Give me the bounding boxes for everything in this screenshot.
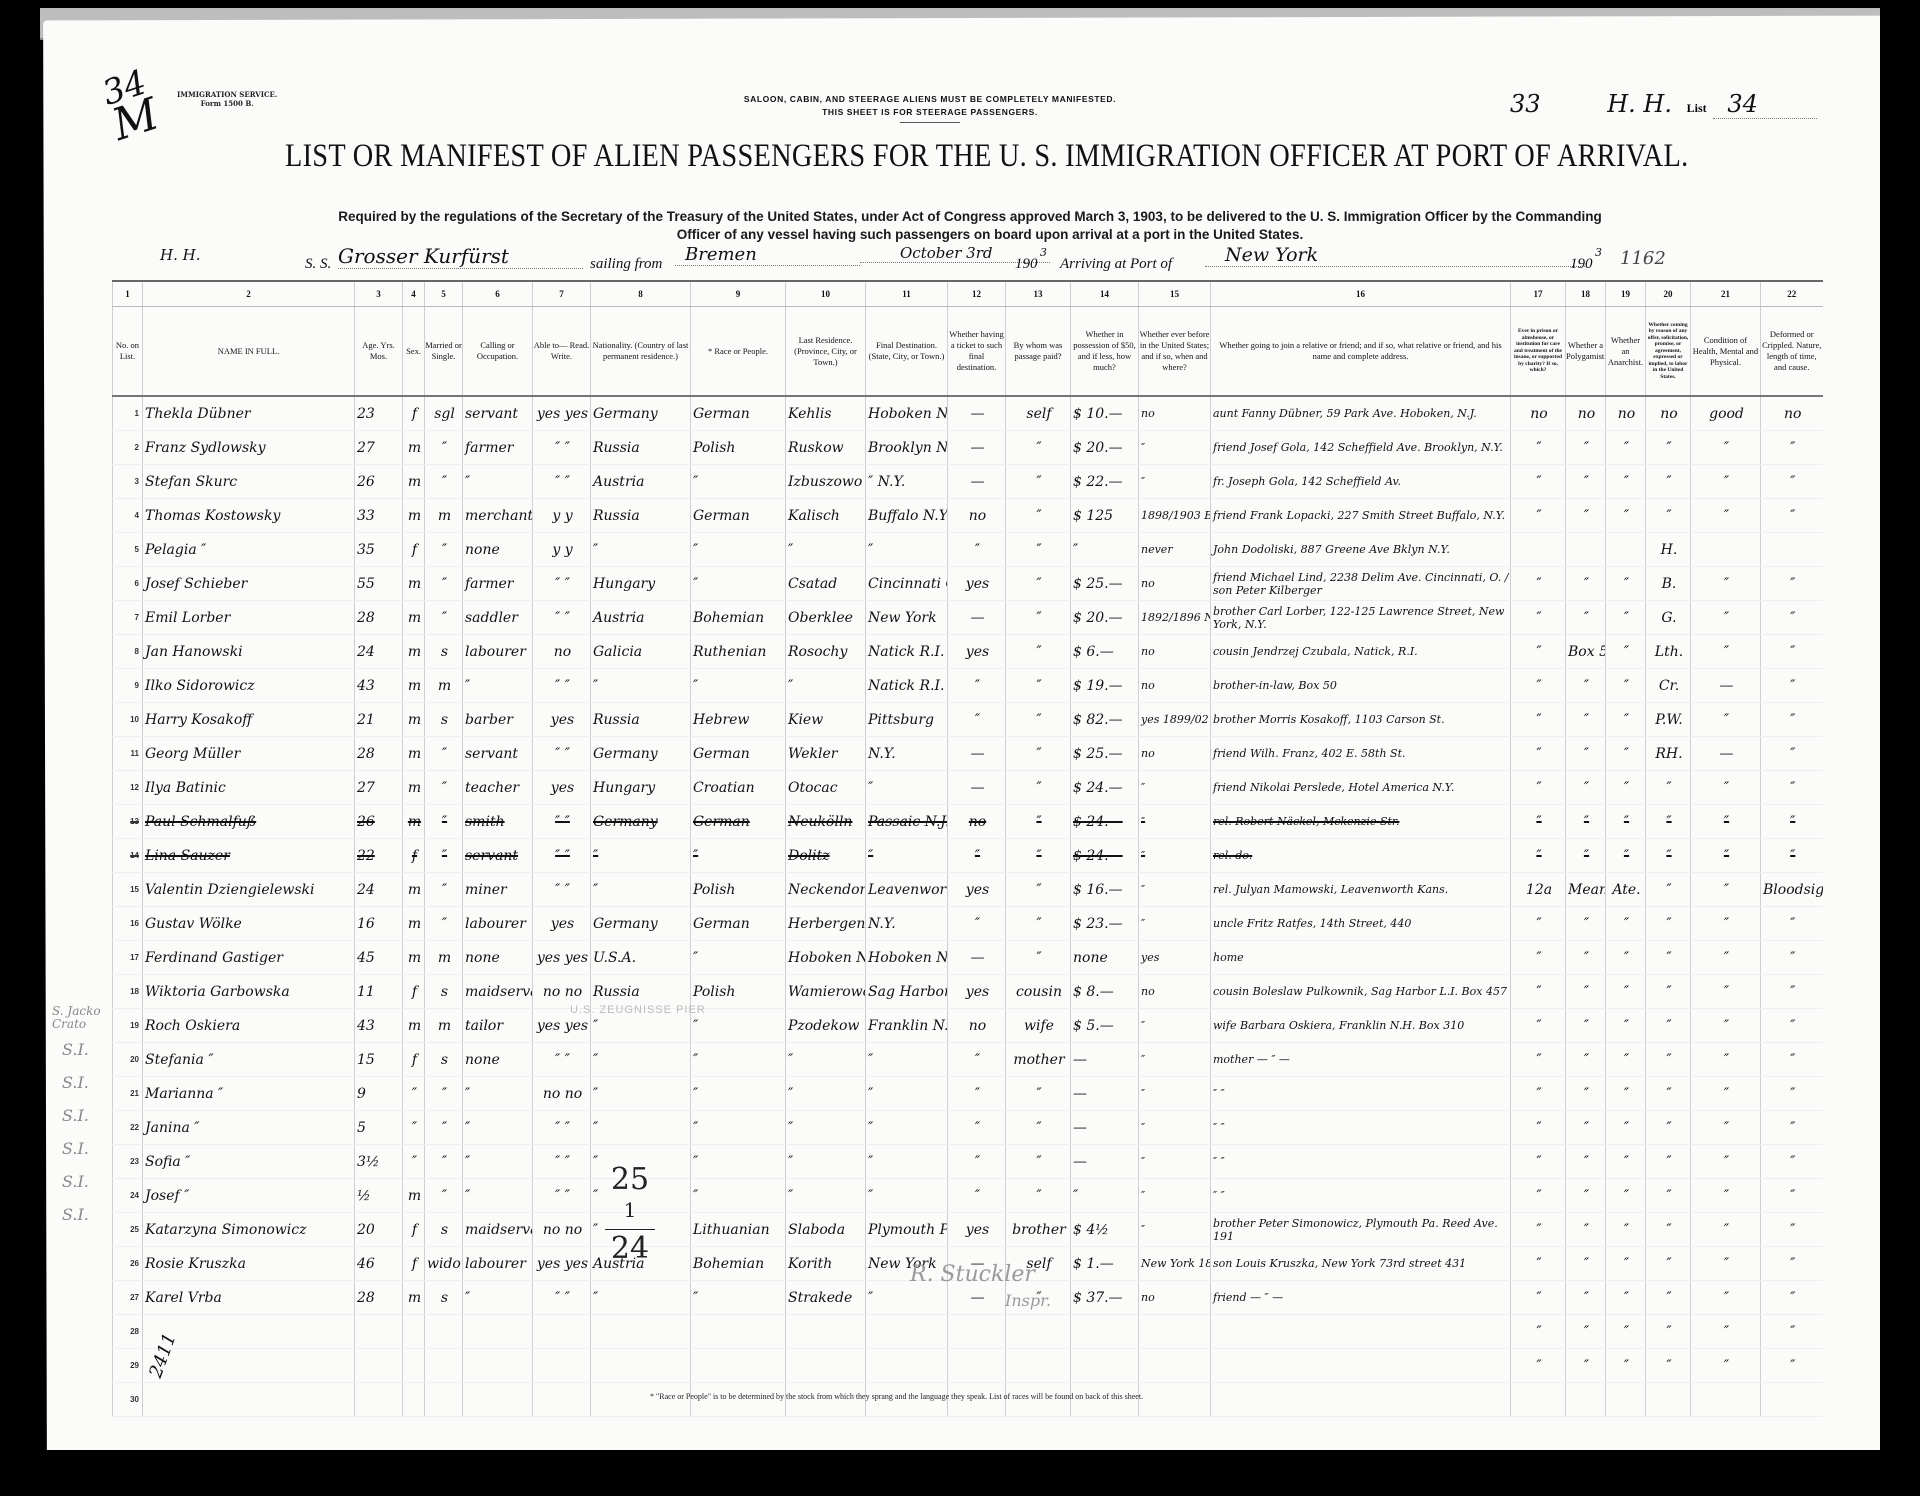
last-residence: Slaboda <box>786 1213 866 1247</box>
header-occupation: Calling or Occupation. <box>463 307 533 397</box>
age <box>355 1383 403 1417</box>
anarchist: ″ <box>1606 465 1646 499</box>
polygamist: ″ <box>1566 1213 1606 1247</box>
read-write: yes <box>533 771 591 805</box>
labor-contract: ″ <box>1646 1213 1691 1247</box>
anarchist: ″ <box>1606 1281 1646 1315</box>
health-condition: good <box>1691 396 1761 431</box>
anarchist: ″ <box>1606 1349 1646 1383</box>
col-num-9: 9 <box>691 281 786 307</box>
header-no-on-list: No. on List. <box>113 307 143 397</box>
last-residence: ″ <box>786 1111 866 1145</box>
prison-almshouse: ″ <box>1511 601 1566 635</box>
passage-paid-by: ″ <box>1006 805 1071 839</box>
ticket: ″ <box>948 669 1006 703</box>
table-row: 3 Stefan Skurc 26 m ″ ″ ″ ″ Austria ″ Iz… <box>113 465 1823 499</box>
joining-relative: brother Carl Lorber, 122-125 Lawrence St… <box>1211 601 1511 635</box>
sex <box>403 1383 425 1417</box>
polygamist: ″ <box>1566 1281 1606 1315</box>
header-health: Condition of Health, Mental and Physical… <box>1691 307 1761 397</box>
passenger-tally: 25 1 24 <box>605 1165 655 1264</box>
sex: m <box>403 873 425 907</box>
sex: f <box>403 533 425 567</box>
occupation: none <box>463 533 533 567</box>
line-code: H. H. <box>1607 90 1672 118</box>
health-condition: ″ <box>1691 1077 1761 1111</box>
marital-status: s <box>425 1213 463 1247</box>
row-number: 19 <box>113 1009 143 1043</box>
deformed: ″ <box>1761 635 1823 669</box>
sex: m <box>403 771 425 805</box>
row-number: 26 <box>113 1247 143 1281</box>
passage-paid-by: ″ <box>1006 1111 1071 1145</box>
col-num-13: 13 <box>1006 281 1071 307</box>
health-condition: ″ <box>1691 465 1761 499</box>
occupation: maidservant <box>463 975 533 1009</box>
read-write: no <box>533 635 591 669</box>
final-destination: New York <box>866 601 948 635</box>
previous-us-visit: ″ <box>1139 1179 1211 1213</box>
last-residence: Strakede <box>786 1281 866 1315</box>
sex: m <box>403 465 425 499</box>
col-num-18: 18 <box>1566 281 1606 307</box>
sex: f <box>403 396 425 431</box>
prison-almshouse: no <box>1511 396 1566 431</box>
read-write <box>533 1349 591 1383</box>
ticket: ″ <box>948 533 1006 567</box>
deformed: ″ <box>1761 1349 1823 1383</box>
race: Croatian <box>691 771 786 805</box>
polygamist: ″ <box>1566 431 1606 465</box>
joining-relative: brother-in-law, Box 50 <box>1211 669 1511 703</box>
polygamist: ″ <box>1566 941 1606 975</box>
occupation: servant <box>463 737 533 771</box>
row-number: 13 <box>113 805 143 839</box>
marital-status: ″ <box>425 1145 463 1179</box>
prison-almshouse: ″ <box>1511 465 1566 499</box>
nationality: ″ <box>591 669 691 703</box>
final-destination: Natick R.I. <box>866 635 948 669</box>
labor-contract: RH. <box>1646 737 1691 771</box>
prison-almshouse: ″ <box>1511 499 1566 533</box>
last-residence: ″ <box>786 1043 866 1077</box>
last-residence: Herbergen <box>786 907 866 941</box>
polygamist: ″ <box>1566 1247 1606 1281</box>
read-write: yes yes <box>533 396 591 431</box>
nationality: ″ <box>591 1111 691 1145</box>
departure-port: Bremen <box>675 244 860 266</box>
passage-paid-by: ″ <box>1006 873 1071 907</box>
table-row: 7 Emil Lorber 28 m ″ saddler ″ ″ Austria… <box>113 601 1823 635</box>
sex: f <box>403 975 425 1009</box>
race: German <box>691 805 786 839</box>
last-residence: Rosochy <box>786 635 866 669</box>
sex: m <box>403 907 425 941</box>
passenger-name: Jan Hanowski <box>143 635 355 669</box>
money: $ 20.— <box>1071 431 1139 465</box>
header-prison: Ever in prison or almshouse, or institut… <box>1511 307 1566 397</box>
health-condition: ″ <box>1691 635 1761 669</box>
money: $ 10.— <box>1071 396 1139 431</box>
passage-paid-by: ″ <box>1006 1145 1071 1179</box>
occupation: smith <box>463 805 533 839</box>
nationality: Germany <box>591 396 691 431</box>
header-age: Age. Yrs. Mos. <box>355 307 403 397</box>
anarchist: ″ <box>1606 737 1646 771</box>
labor-contract: ″ <box>1646 975 1691 1009</box>
occupation <box>463 1349 533 1383</box>
passage-paid-by: wife <box>1006 1009 1071 1043</box>
row-number: 22 <box>113 1111 143 1145</box>
labor-contract: ″ <box>1646 1247 1691 1281</box>
final-destination: ″ <box>866 771 948 805</box>
col-num-7: 7 <box>533 281 591 307</box>
final-destination: N.Y. <box>866 737 948 771</box>
header-last-residence: Last Residence. (Province, City, or Town… <box>786 307 866 397</box>
marital-status: ″ <box>425 839 463 873</box>
col-num-11: 11 <box>866 281 948 307</box>
labor-contract: ″ <box>1646 771 1691 805</box>
prison-almshouse: ″ <box>1511 1281 1566 1315</box>
health-condition: ″ <box>1691 1009 1761 1043</box>
money: $ 22.— <box>1071 465 1139 499</box>
previous-us-visit: 1892/1896 New York <box>1139 601 1211 635</box>
prison-almshouse: ″ <box>1511 1111 1566 1145</box>
occupation: ″ <box>463 1281 533 1315</box>
occupation: tailor <box>463 1009 533 1043</box>
previous-us-visit: yes 1899/02 Pittsburg <box>1139 703 1211 737</box>
polygamist: ″ <box>1566 669 1606 703</box>
ticket: yes <box>948 635 1006 669</box>
ticket: — <box>948 601 1006 635</box>
ss-label: S. S. <box>305 256 331 273</box>
health-condition: ″ <box>1691 567 1761 601</box>
col-num-20: 20 <box>1646 281 1691 307</box>
sex: m <box>403 737 425 771</box>
marital-status: ″ <box>425 771 463 805</box>
previous-us-visit: ″ <box>1139 1145 1211 1179</box>
marital-status: ″ <box>425 601 463 635</box>
final-destination: Hoboken N.J. <box>866 396 948 431</box>
last-residence: ″ <box>786 1077 866 1111</box>
row-number: 7 <box>113 601 143 635</box>
passage-paid-by: ″ <box>1006 737 1071 771</box>
row-number: 27 <box>113 1281 143 1315</box>
tally-divider <box>605 1229 655 1230</box>
passage-paid-by <box>1006 1349 1071 1383</box>
polygamist: ″ <box>1566 771 1606 805</box>
race: ″ <box>691 1145 786 1179</box>
ticket: no <box>948 805 1006 839</box>
labor-contract: ″ <box>1646 941 1691 975</box>
passenger-name: Marianna ″ <box>143 1077 355 1111</box>
header-deformed: Deformed or Crippled. Nature, length of … <box>1761 307 1823 397</box>
age: 55 <box>355 567 403 601</box>
money: $ 24.— <box>1071 771 1139 805</box>
prison-almshouse: ″ <box>1511 737 1566 771</box>
race: German <box>691 499 786 533</box>
read-write: ″ ″ <box>533 805 591 839</box>
money: $ 24.— <box>1071 805 1139 839</box>
race <box>691 1349 786 1383</box>
anarchist: ″ <box>1606 1213 1646 1247</box>
departure-year-label: 190 <box>1015 256 1038 273</box>
ticket: ″ <box>948 907 1006 941</box>
table-row: 15 Valentin Dziengielewski 24 m ″ miner … <box>113 873 1823 907</box>
previous-us-visit: ″ <box>1139 1111 1211 1145</box>
ticket: no <box>948 499 1006 533</box>
row-number: 16 <box>113 907 143 941</box>
read-write: yes <box>533 703 591 737</box>
ticket: ″ <box>948 1043 1006 1077</box>
last-residence: ″ <box>786 1179 866 1213</box>
passenger-name: Sofia ″ <box>143 1145 355 1179</box>
passenger-name: Franz Sydlowsky <box>143 431 355 465</box>
final-destination: ″ <box>866 1111 948 1145</box>
occupation: labourer <box>463 1247 533 1281</box>
prison-almshouse: ″ <box>1511 431 1566 465</box>
prison-almshouse <box>1511 1383 1566 1417</box>
table-row: 12 Ilya Batinic 27 m ″ teacher yes Hunga… <box>113 771 1823 805</box>
sex: m <box>403 431 425 465</box>
previous-us-visit: no <box>1139 1281 1211 1315</box>
labor-contract <box>1646 1383 1691 1417</box>
nationality: ″ <box>591 533 691 567</box>
nationality: ″ <box>591 1281 691 1315</box>
age: 45 <box>355 941 403 975</box>
col-num-1: 1 <box>113 281 143 307</box>
table-row: 19 Roch Oskiera 43 m m tailor yes yes ″ … <box>113 1009 1823 1043</box>
age: 26 <box>355 805 403 839</box>
money: $ 125 <box>1071 499 1139 533</box>
deformed: ″ <box>1761 975 1823 1009</box>
passage-paid-by: cousin <box>1006 975 1071 1009</box>
nationality <box>591 1315 691 1349</box>
ticket: ″ <box>948 1111 1006 1145</box>
final-destination: ″ <box>866 533 948 567</box>
tally-removed: 1 <box>605 1195 655 1225</box>
sex: m <box>403 703 425 737</box>
nationality: Austria <box>591 465 691 499</box>
marital-status: ″ <box>425 873 463 907</box>
table-row: 6 Josef Schieber 55 m ″ farmer ″ ″ Hunga… <box>113 567 1823 601</box>
sex: m <box>403 1179 425 1213</box>
sex: m <box>403 567 425 601</box>
anarchist: ″ <box>1606 635 1646 669</box>
previous-us-visit <box>1139 1383 1211 1417</box>
prison-almshouse: ″ <box>1511 1179 1566 1213</box>
table-row: 9 Ilko Sidorowicz 43 m m ″ ″ ″ ″ ″ ″ Nat… <box>113 669 1823 703</box>
last-residence: Kehlis <box>786 396 866 431</box>
header-name: NAME IN FULL. <box>143 307 355 397</box>
marital-status <box>425 1349 463 1383</box>
age: 27 <box>355 431 403 465</box>
race: ″ <box>691 1179 786 1213</box>
col-num-16: 16 <box>1211 281 1511 307</box>
occupation: ″ <box>463 1077 533 1111</box>
read-write: yes <box>533 907 591 941</box>
final-destination: Brooklyn N.Y. <box>866 431 948 465</box>
money <box>1071 1315 1139 1349</box>
passage-paid-by: ″ <box>1006 907 1071 941</box>
health-condition <box>1691 533 1761 567</box>
previous-us-visit: ″ <box>1139 805 1211 839</box>
race-footnote: * "Race or People" is to be determined b… <box>650 1392 1143 1401</box>
table-row: 21 Marianna ″ 9 ″ ″ ″ no no ″ ″ ″ ″ ″ ″ … <box>113 1077 1823 1111</box>
polygamist: no <box>1566 396 1606 431</box>
passenger-name: Janina ″ <box>143 1111 355 1145</box>
row-number: 10 <box>113 703 143 737</box>
passenger-name: Ilko Sidorowicz <box>143 669 355 703</box>
scan-border-left <box>0 0 48 1496</box>
row-number: 24 <box>113 1179 143 1213</box>
sex: f <box>403 839 425 873</box>
row-number: 28 <box>113 1315 143 1349</box>
previous-us-visit <box>1139 1315 1211 1349</box>
labor-contract: ″ <box>1646 1009 1691 1043</box>
race: German <box>691 907 786 941</box>
age: 26 <box>355 465 403 499</box>
passage-paid-by: ″ <box>1006 601 1071 635</box>
nationality <box>591 1349 691 1383</box>
money: $ 82.— <box>1071 703 1139 737</box>
polygamist: ″ <box>1566 465 1606 499</box>
health-condition: ″ <box>1691 1281 1761 1315</box>
table-row: 5 Pelagia ″ 35 f ″ none y y ″ ″ ″ ″ ″ ″ … <box>113 533 1823 567</box>
last-residence: Csatad <box>786 567 866 601</box>
prison-almshouse: ″ <box>1511 839 1566 873</box>
table-row: 22 Janina ″ 5 ″ ″ ″ ″ ″ ″ ″ ″ ″ ″ ″ — ″ … <box>113 1111 1823 1145</box>
joining-relative: brother Peter Simonowicz, Plymouth Pa. R… <box>1211 1213 1511 1247</box>
joining-relative <box>1211 1383 1511 1417</box>
labor-contract: ″ <box>1646 1145 1691 1179</box>
header-race: * Race or People. <box>691 307 786 397</box>
final-destination: Franklin N.H. <box>866 1009 948 1043</box>
previous-us-visit: ″ <box>1139 839 1211 873</box>
labor-contract: ″ <box>1646 805 1691 839</box>
previous-us-visit: ″ <box>1139 431 1211 465</box>
age: 21 <box>355 703 403 737</box>
sex: m <box>403 1281 425 1315</box>
polygamist: ″ <box>1566 1145 1606 1179</box>
marital-status: ″ <box>425 1111 463 1145</box>
race: Lithuanian <box>691 1213 786 1247</box>
nationality: ″ <box>591 1043 691 1077</box>
labor-contract: ″ <box>1646 1043 1691 1077</box>
nationality: Russia <box>591 703 691 737</box>
prison-almshouse: ″ <box>1511 975 1566 1009</box>
read-write: ″ ″ <box>533 669 591 703</box>
race: ″ <box>691 669 786 703</box>
marital-status: s <box>425 703 463 737</box>
anarchist: ″ <box>1606 703 1646 737</box>
money: $ 25.— <box>1071 737 1139 771</box>
last-residence: Neckendorf <box>786 873 866 907</box>
nationality: Galicia <box>591 635 691 669</box>
page-title: LIST OR MANIFEST OF ALIEN PASSENGERS FOR… <box>285 138 1489 175</box>
age: 22 <box>355 839 403 873</box>
ticket: — <box>948 396 1006 431</box>
labor-contract: ″ <box>1646 465 1691 499</box>
age: 33 <box>355 499 403 533</box>
money: $ 25.— <box>1071 567 1139 601</box>
deformed: ″ <box>1761 839 1823 873</box>
row-number: 14 <box>113 839 143 873</box>
polygamist: ″ <box>1566 1179 1606 1213</box>
race: ″ <box>691 533 786 567</box>
polygamist: Mean <box>1566 873 1606 907</box>
final-destination: Buffalo N.Y. <box>866 499 948 533</box>
final-destination: Leavenworth, Kans. <box>866 873 948 907</box>
polygamist: ″ <box>1566 1111 1606 1145</box>
passenger-name <box>143 1383 355 1417</box>
occupation: ″ <box>463 669 533 703</box>
marital-status: s <box>425 1281 463 1315</box>
age: 24 <box>355 635 403 669</box>
health-condition: ″ <box>1691 873 1761 907</box>
prison-almshouse: ″ <box>1511 1213 1566 1247</box>
passenger-name: Josef ″ <box>143 1179 355 1213</box>
occupation: saddler <box>463 601 533 635</box>
race: Bohemian <box>691 601 786 635</box>
deformed: ″ <box>1761 431 1823 465</box>
polygamist: ″ <box>1566 737 1606 771</box>
health-condition: ″ <box>1691 1145 1761 1179</box>
voyage-line: H. H. S. S. Grosser Kurfürst sailing fro… <box>160 244 1720 278</box>
row-number: 12 <box>113 771 143 805</box>
marital-status: ″ <box>425 1077 463 1111</box>
health-condition: ″ <box>1691 1179 1761 1213</box>
passage-paid-by: ″ <box>1006 771 1071 805</box>
occupation: labourer <box>463 907 533 941</box>
marital-status: ″ <box>425 1179 463 1213</box>
joining-relative: cousin Jendrzej Czubala, Natick, R.I. <box>1211 635 1511 669</box>
joining-relative: friend Michael Lind, 2238 Delim Ave. Cin… <box>1211 567 1511 601</box>
age: 9 <box>355 1077 403 1111</box>
marital-status: ″ <box>425 533 463 567</box>
money: $ 24.— <box>1071 839 1139 873</box>
list-reference: 33 H. H. List 34 <box>1510 90 1817 119</box>
deformed <box>1761 1383 1823 1417</box>
final-destination: Pittsburg <box>866 703 948 737</box>
passage-paid-by: ″ <box>1006 703 1071 737</box>
nationality: Hungary <box>591 771 691 805</box>
anarchist: ″ <box>1606 1145 1646 1179</box>
money: $ 19.— <box>1071 669 1139 703</box>
age <box>355 1349 403 1383</box>
list-number: 34 <box>1713 90 1817 119</box>
anarchist: ″ <box>1606 941 1646 975</box>
corner-initials: M <box>109 97 162 143</box>
money: — <box>1071 1111 1139 1145</box>
health-condition: ″ <box>1691 703 1761 737</box>
nationality: Germany <box>591 907 691 941</box>
occupation: farmer <box>463 567 533 601</box>
table-row: 28 ″ ″ ″ ″ ″ ″ <box>113 1315 1823 1349</box>
margin-note-19: S.I. <box>62 1040 89 1059</box>
polygamist: ″ <box>1566 567 1606 601</box>
polygamist: ″ <box>1566 1077 1606 1111</box>
health-condition: — <box>1691 669 1761 703</box>
nationality: Germany <box>591 805 691 839</box>
deformed <box>1761 533 1823 567</box>
race: Ruthenian <box>691 635 786 669</box>
occupation: barber <box>463 703 533 737</box>
deformed: ″ <box>1761 1009 1823 1043</box>
labor-contract: ″ <box>1646 1179 1691 1213</box>
anarchist: ″ <box>1606 601 1646 635</box>
ticket: ″ <box>948 1077 1006 1111</box>
